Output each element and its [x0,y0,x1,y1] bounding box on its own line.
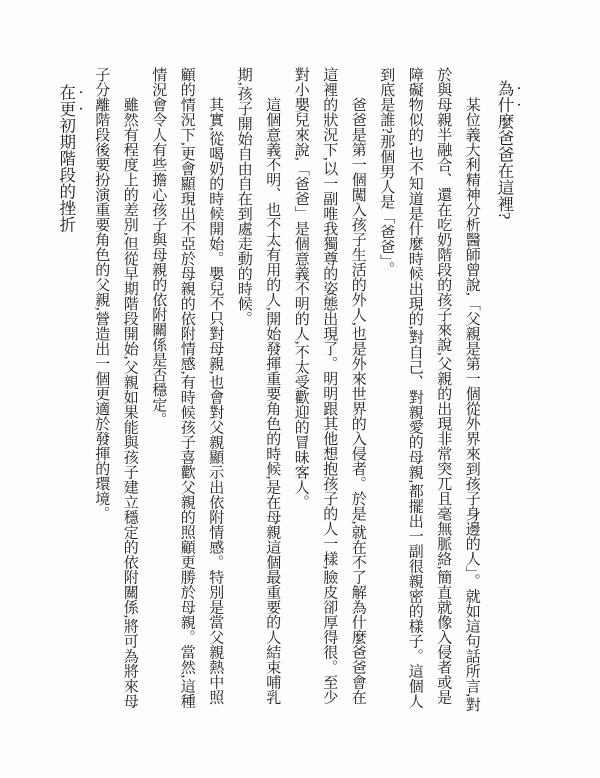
page-content: 為什麼爸爸在這裡? 某位義大利精神分析醫師曾說,「父親是第一個從外界來到孩子身邊… [53,67,523,713]
section-heading-emphasized-text: 在更 [57,84,76,117]
chapter-title-emphasized-text: 為什 [495,80,514,113]
chapter-title: 為什麼爸爸在這裡? [491,67,523,713]
section-heading-text: 初期階段的挫折 [57,117,76,233]
paragraph-4: 其實,從喝奶的時候開始。嬰兒不只對母親,也會對父親顯示出依附情感。特別是當父親熱… [144,67,230,713]
paragraph-3: 這個意義不明、也不太有用的人,開始發揮重要角色的時候,是在母親這個最重要的人結束… [229,67,286,713]
paragraph-2: 爸爸是第一個闖入孩子生活的外人,也是外來世界的入侵者。於是,就在不了解為什麼爸爸… [286,67,372,713]
section-heading: 在更初期階段的挫折 [53,67,85,713]
book-page: 為什麼爸爸在這裡? 某位義大利精神分析醫師曾說,「父親是第一個從外界來到孩子身邊… [0,0,600,778]
paragraph-1: 某位義大利精神分析醫師曾說,「父親是第一個從外界來到孩子身邊的人」。就如這句話所… [372,67,486,713]
chapter-title-text: 麼爸爸在這裡? [495,113,514,219]
paragraph-5: 雖然有程度上的差別,但從早期階段開始,父親如果能與孩子建立穩定的依附關係,將可為… [87,67,144,713]
